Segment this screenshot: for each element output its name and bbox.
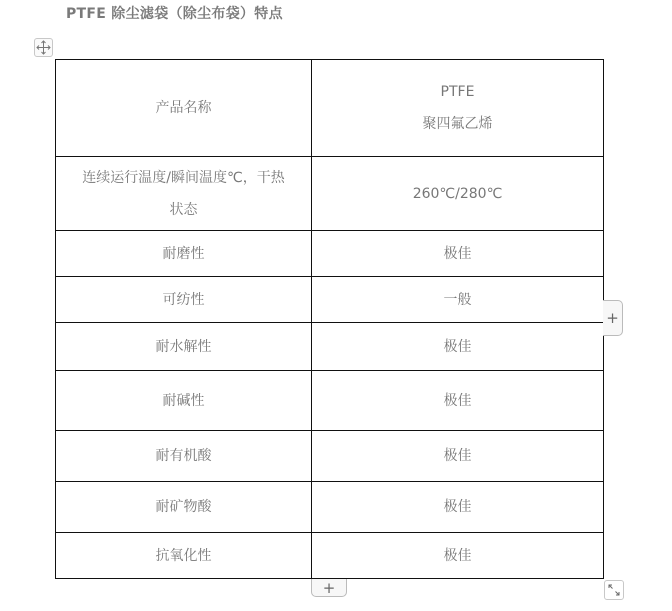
table-cell-value[interactable]: 极佳 (312, 482, 604, 533)
add-column-button[interactable]: + (603, 300, 623, 336)
page-title: PTFE 除尘滤袋（除尘布袋）特点 (66, 3, 283, 23)
table-cell-value[interactable]: 极佳 (312, 371, 604, 431)
table-row: 耐有机酸 极佳 (56, 431, 604, 482)
table-cell-value[interactable]: PTFE 聚四氟乙烯 (312, 60, 604, 157)
table-row: 连续运行温度/瞬间温度℃，干热 状态 260℃/280℃ (56, 157, 604, 231)
spec-table: 产品名称 PTFE 聚四氟乙烯 连续运行温度/瞬间温度℃，干热 状态 260℃/… (55, 59, 604, 579)
table-row: 耐水解性 极佳 (56, 323, 604, 371)
table-cell-value[interactable]: 极佳 (312, 533, 604, 579)
table-cell-value[interactable]: 极佳 (312, 323, 604, 371)
table-cell-value[interactable]: 极佳 (312, 231, 604, 277)
table-row: 抗氧化性 极佳 (56, 533, 604, 579)
table-cell-label[interactable]: 耐有机酸 (56, 431, 312, 482)
plus-icon: + (323, 579, 336, 597)
resize-diagonal-icon (607, 583, 621, 597)
table-cell-label[interactable]: 耐磨性 (56, 231, 312, 277)
table-cell-label[interactable]: 产品名称 (56, 60, 312, 157)
table-cell-label[interactable]: 可纺性 (56, 277, 312, 323)
table-cell-value[interactable]: 260℃/280℃ (312, 157, 604, 231)
table-row: 产品名称 PTFE 聚四氟乙烯 (56, 60, 604, 157)
table-row: 耐碱性 极佳 (56, 371, 604, 431)
add-row-button[interactable]: + (311, 579, 347, 597)
plus-icon: + (606, 309, 619, 327)
table-cell-label[interactable]: 耐矿物酸 (56, 482, 312, 533)
table-cell-value[interactable]: 一般 (312, 277, 604, 323)
table-resize-handle[interactable] (604, 580, 624, 600)
table-cell-label[interactable]: 耐碱性 (56, 371, 312, 431)
table-row: 耐矿物酸 极佳 (56, 482, 604, 533)
move-arrows-icon (36, 40, 51, 55)
table-cell-value[interactable]: 极佳 (312, 431, 604, 482)
table-row: 耐磨性 极佳 (56, 231, 604, 277)
table-cell-label[interactable]: 连续运行温度/瞬间温度℃，干热 状态 (56, 157, 312, 231)
table-move-handle[interactable] (34, 38, 53, 57)
table-row: 可纺性 一般 (56, 277, 604, 323)
table-cell-label[interactable]: 耐水解性 (56, 323, 312, 371)
table-cell-label[interactable]: 抗氧化性 (56, 533, 312, 579)
